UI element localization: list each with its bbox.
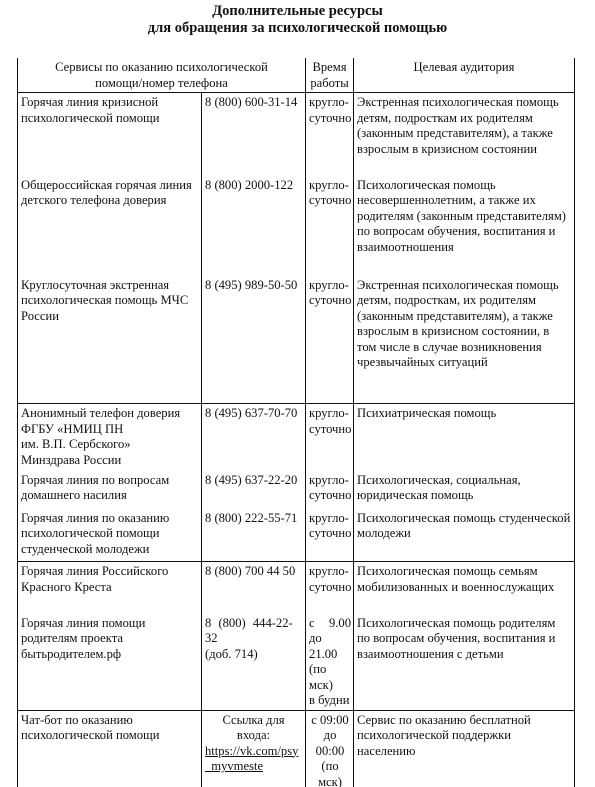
hours-line: суточно: [309, 580, 351, 596]
phone-value: 8 (800) 444-22-32: [205, 616, 302, 647]
target-audience: Психологическая помощь студенческой моло…: [354, 509, 575, 562]
chatbot-link-cell: Ссылка для входа: https://vk.com/psy_myv…: [202, 710, 306, 787]
service-name-line: им. В.П. Сербского»: [21, 437, 198, 453]
link-label: Ссылка для входа:: [205, 713, 302, 744]
hours-line: (по мск): [309, 759, 351, 787]
table-row: Анонимный телефон доверия ФГБУ «НМИЦ ПН …: [18, 404, 575, 471]
service-name: Горячая линия кризисной психологической …: [18, 93, 202, 176]
phone-number[interactable]: 8 (495) 637-70-70: [202, 404, 306, 471]
hours-from-value: 9.00: [329, 616, 351, 632]
working-hours: кругло- суточно: [306, 93, 354, 176]
service-name: Чат-бот по оказанию психологической помо…: [18, 710, 202, 787]
hours-line: с 09:00: [309, 713, 351, 729]
phone-main: 8 (800) 444-22-32: [205, 616, 302, 647]
header-hours: Время работы: [306, 58, 354, 93]
target-audience: Психологическая помощь семьям мобилизова…: [354, 562, 575, 614]
phone-number[interactable]: 8 (800) 2000-122: [202, 176, 306, 276]
title-line-2: для обращения за психологической помощью: [0, 20, 595, 37]
working-hours: кругло- суточно: [306, 562, 354, 614]
service-name: Горячая линия помощи родителям проекта б…: [18, 614, 202, 711]
target-audience: Экстренная психологическая помощь детям,…: [354, 93, 575, 176]
service-name: Анонимный телефон доверия ФГБУ «НМИЦ ПН …: [18, 404, 202, 471]
hours-days: в будни: [309, 693, 351, 709]
working-hours: кругло- суточно: [306, 509, 354, 562]
table-row: Горячая линия Российского Красного Крест…: [18, 562, 575, 614]
phone-number[interactable]: 8 (800) 600-31-14: [202, 93, 306, 176]
working-hours: кругло- суточно: [306, 471, 354, 509]
target-audience: Экстренная психологическая помощь детям,…: [354, 276, 575, 404]
hours-from-label: с: [309, 616, 315, 632]
service-name: Горячая линия по оказанию психологическо…: [18, 509, 202, 562]
service-name-line: Анонимный телефон доверия: [21, 406, 198, 422]
phone-number[interactable]: 8 (800) 444-22-32 (доб. 714): [202, 614, 306, 711]
chatbot-link[interactable]: https://vk.com/psy_myvmeste: [205, 744, 302, 775]
table-row: Горячая линия помощи родителям проекта б…: [18, 614, 575, 711]
hours-line: кругло-: [309, 278, 351, 294]
hours-line: суточно: [309, 488, 351, 504]
service-name-line: Минздрава России: [21, 453, 198, 469]
hours-timezone: (по мск): [309, 662, 351, 693]
table-header-row: Сервисы по оказанию психологической помо…: [18, 58, 575, 93]
header-hours-line-2: работы: [309, 76, 350, 92]
hours-line: суточно: [309, 293, 351, 309]
phone-extension: (доб. 714): [205, 647, 302, 663]
document-title: Дополнительные ресурсы для обращения за …: [0, 3, 595, 37]
target-audience: Психологическая помощь несовершеннолетни…: [354, 176, 575, 276]
table-row: Чат-бот по оказанию психологической помо…: [18, 710, 575, 787]
resources-table: Сервисы по оказанию психологической помо…: [17, 58, 575, 787]
working-hours: кругло- суточно: [306, 276, 354, 404]
table-row: Круглосуточная экстренная психологическа…: [18, 276, 575, 404]
table-row: Горячая линия кризисной психологической …: [18, 93, 575, 176]
service-name: Общероссийская горячая линия детского те…: [18, 176, 202, 276]
phone-number[interactable]: 8 (495) 637-22-20: [202, 471, 306, 509]
working-hours: кругло- суточно: [306, 176, 354, 276]
hours-line: суточно: [309, 422, 351, 438]
header-audience: Целевая аудитория: [354, 58, 575, 93]
hours-line: суточно: [309, 193, 351, 209]
target-audience: Психологическая, социальная, юридическая…: [354, 471, 575, 509]
table-row: Общероссийская горячая линия детского те…: [18, 176, 575, 276]
target-audience: Психиатрическая помощь: [354, 404, 575, 471]
working-hours: с 09:00 до 00:00 (по мск): [306, 710, 354, 787]
phone-number[interactable]: 8 (800) 700 44 50: [202, 562, 306, 614]
hours-line: суточно: [309, 526, 351, 542]
service-name: Горячая линия по вопросам домашнего наси…: [18, 471, 202, 509]
hours-line: суточно: [309, 111, 351, 127]
phone-number[interactable]: 8 (495) 989-50-50: [202, 276, 306, 404]
header-service: Сервисы по оказанию психологической помо…: [18, 58, 306, 93]
hours-from: с 9.00: [309, 616, 351, 632]
target-audience: Психологическая помощь родителям по вопр…: [354, 614, 575, 711]
table-row: Горячая линия по вопросам домашнего наси…: [18, 471, 575, 509]
hours-line: до 00:00: [309, 728, 351, 759]
hours-to: до 21.00: [309, 631, 351, 662]
service-name-line: ФГБУ «НМИЦ ПН: [21, 422, 198, 438]
service-name: Горячая линия Российского Красного Крест…: [18, 562, 202, 614]
working-hours: с 9.00 до 21.00 (по мск) в будни: [306, 614, 354, 711]
hours-line: кругло-: [309, 178, 351, 194]
hours-line: кругло-: [309, 473, 351, 489]
hours-line: кругло-: [309, 511, 351, 527]
hours-line: кругло-: [309, 95, 351, 111]
working-hours: кругло- суточно: [306, 404, 354, 471]
title-line-1: Дополнительные ресурсы: [0, 3, 595, 20]
hours-line: кругло-: [309, 406, 351, 422]
phone-number[interactable]: 8 (800) 222-55-71: [202, 509, 306, 562]
hours-line: кругло-: [309, 564, 351, 580]
header-hours-line-1: Время: [309, 60, 350, 76]
table-row: Горячая линия по оказанию психологическо…: [18, 509, 575, 562]
service-name: Круглосуточная экстренная психологическа…: [18, 276, 202, 404]
target-audience: Сервис по оказанию бесплатной психологич…: [354, 710, 575, 787]
